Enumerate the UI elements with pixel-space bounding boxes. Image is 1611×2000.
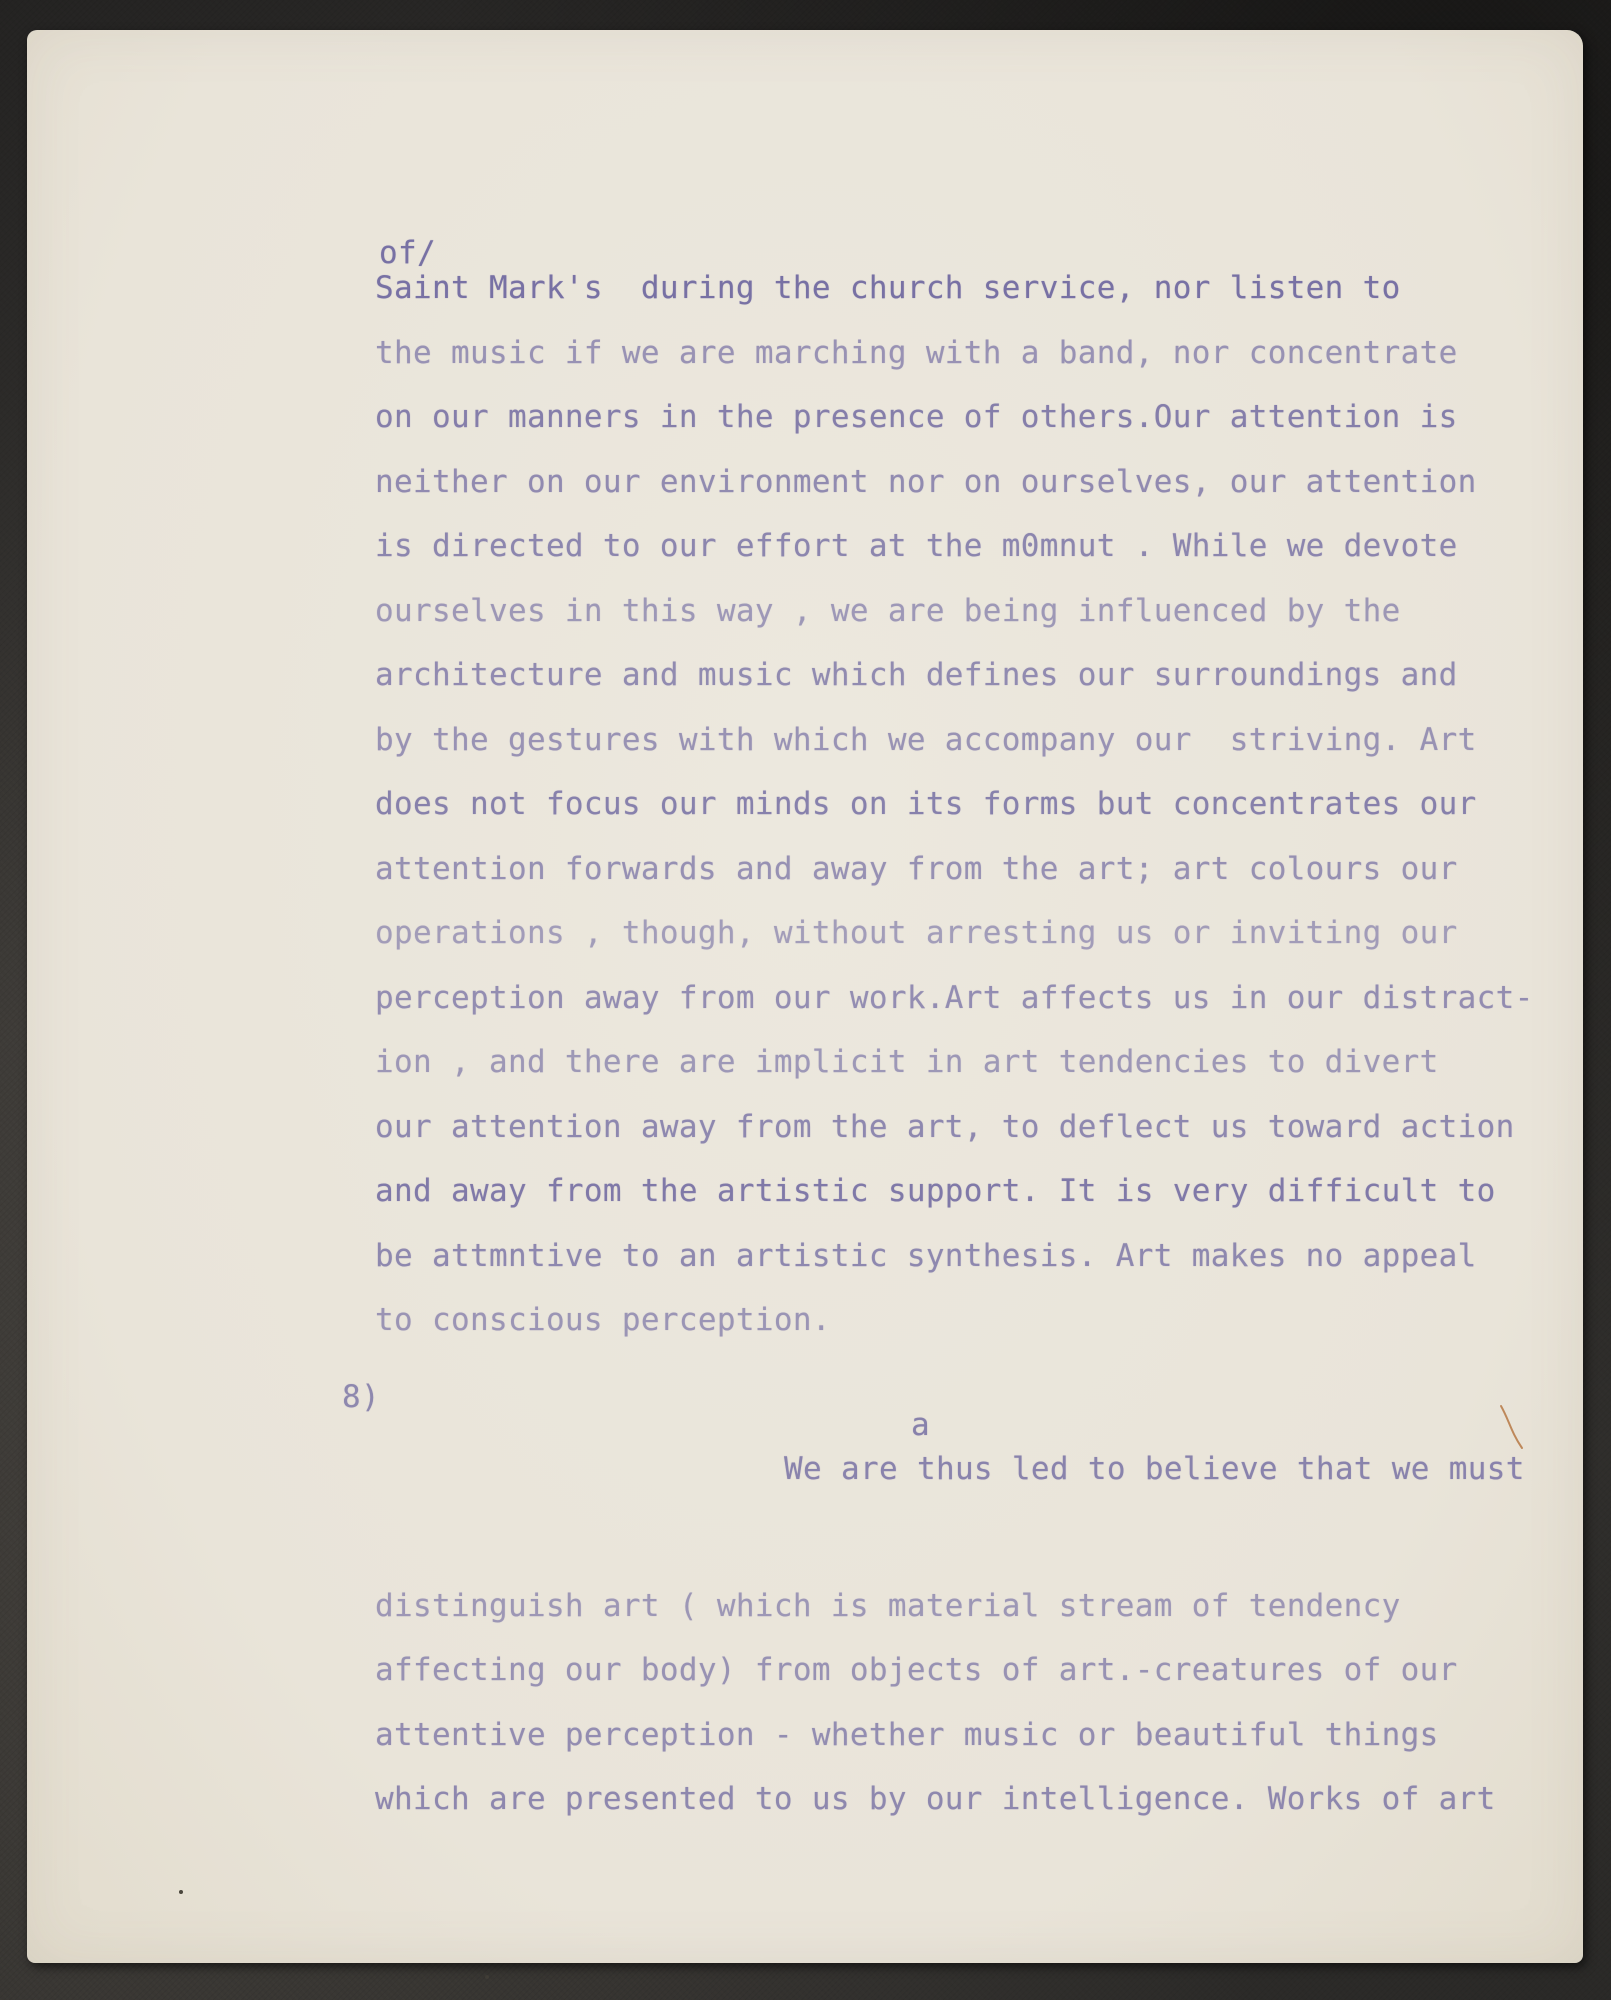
typed-line: neither on our environment nor on oursel…: [375, 450, 1534, 515]
typed-line: ion , and there are implicit in art tend…: [375, 1030, 1534, 1095]
typed-line: ourselves in this way , we are being inf…: [375, 579, 1534, 644]
typed-line: We are thus led to believe that we must: [375, 1437, 1525, 1502]
typed-line: and away from the artistic support. It i…: [375, 1159, 1534, 1224]
typed-line: attention forwards and away from the art…: [375, 837, 1534, 902]
typed-line: operations , though, without arresting u…: [375, 901, 1534, 966]
typed-line: by the gestures with which we accompany …: [375, 708, 1534, 773]
paper-sheet: of/ Saint Mark's during the church servi…: [27, 30, 1583, 1963]
typed-line: to conscious perception.: [375, 1288, 1534, 1353]
typed-line: architecture and music which defines our…: [375, 643, 1534, 708]
paragraph-2: We are thus led to believe that we must …: [375, 1365, 1525, 1904]
paper-speck: [485, 1975, 489, 1979]
paragraph-2-body: distinguish art ( which is material stre…: [375, 1574, 1525, 1832]
typed-line: on our manners in the presence of others…: [375, 385, 1534, 450]
typed-line: the music if we are marching with a band…: [375, 321, 1534, 386]
typed-line: which are presented to us by our intelli…: [375, 1767, 1525, 1832]
typed-line: our attention away from the art, to defl…: [375, 1095, 1534, 1160]
typed-line: perception away from our work.Art affect…: [375, 966, 1534, 1031]
typed-line: affecting our body) from objects of art.…: [375, 1638, 1525, 1703]
typed-line: distinguish art ( which is material stre…: [375, 1574, 1525, 1639]
inserted-word-correction: a: [911, 1408, 930, 1442]
paragraph-1: Saint Mark's during the church service, …: [375, 256, 1534, 1353]
paper-scratch-mark: [1495, 1402, 1529, 1454]
typed-line: attentive perception - whether music or …: [375, 1703, 1525, 1768]
typed-line: Saint Mark's during the church service, …: [375, 256, 1534, 321]
typed-line: be attmntive to an artistic synthesis. A…: [375, 1224, 1534, 1289]
typed-line: is directed to our effort at the m0mnut …: [375, 514, 1534, 579]
paper-speck: [179, 1890, 183, 1894]
typed-line: does not focus our minds on its forms bu…: [375, 772, 1534, 837]
